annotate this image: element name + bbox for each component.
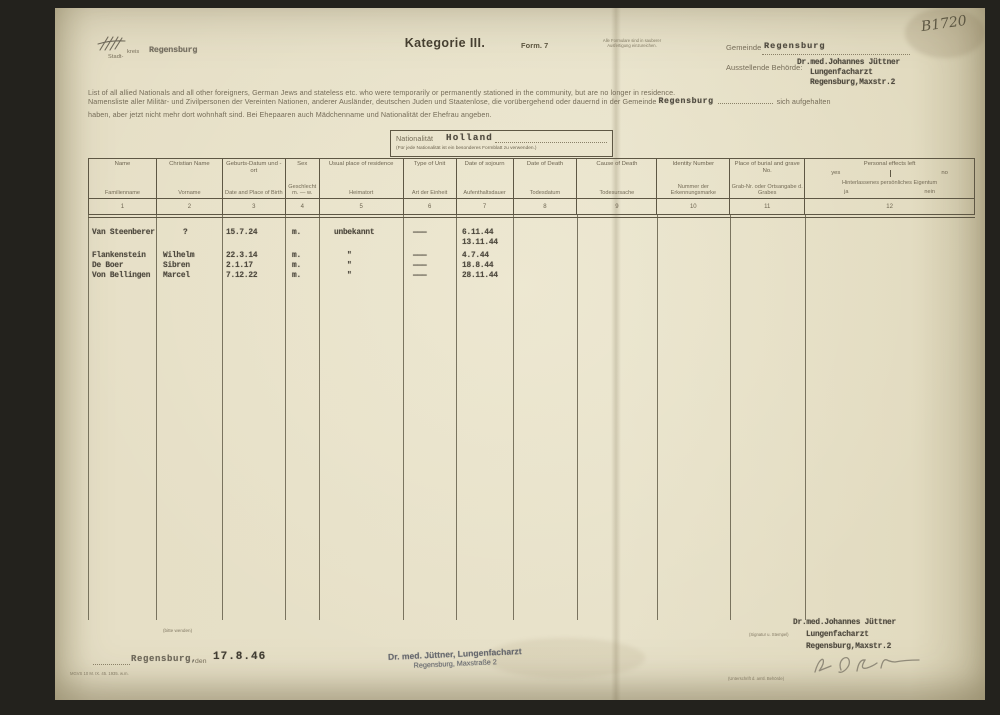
- col-header-residence: Usual place of residence Heimatort: [319, 159, 403, 198]
- col-number: 5: [319, 199, 403, 214]
- cell-residence: ": [347, 252, 351, 260]
- cell-birth: 2.1.17: [226, 262, 253, 270]
- col-number: 2: [156, 199, 222, 214]
- dotted-line: [762, 54, 910, 55]
- intro-line3-de: haben, aber jetzt nicht mehr dort wohnha…: [88, 110, 492, 119]
- turn-note: (bitte wenden): [163, 628, 192, 633]
- cell-name: De Boer: [92, 262, 123, 270]
- cell-first: ?: [183, 229, 187, 237]
- form-page: Stadt- kreis Regensburg Kategorie III. F…: [55, 8, 985, 700]
- cell-sex: m.: [292, 272, 301, 280]
- effects-yes-label: yes: [831, 170, 840, 177]
- cell-arrival2: 13.11.44: [462, 239, 498, 247]
- cell-unit: ———: [413, 272, 426, 280]
- page-title: Kategorie III.: [355, 36, 535, 50]
- effects-ja-label: ja: [844, 189, 848, 196]
- signature-caption: (Unterschrift d. amtl. Behörde): [728, 676, 784, 681]
- cell-unit: ———: [413, 262, 426, 270]
- footer-date: 17.8.46: [213, 651, 266, 663]
- cell-residence: ": [347, 272, 351, 280]
- print-code: MGVS 10 M. IX. 45. 1935. w.m.: [70, 671, 129, 676]
- cell-name: Flankenstein: [92, 252, 146, 260]
- table-row: Van Steenberer ? 15.7.24 m. unbekannt ——…: [88, 229, 975, 240]
- form-note-line2: Ausfertigung einzureichen.: [567, 43, 697, 48]
- col-number: 9: [576, 199, 656, 214]
- cell-first: Marcel: [163, 272, 190, 280]
- intro-gemeinde-value: Regensburg: [659, 97, 714, 106]
- cell-unit: ———: [413, 229, 426, 237]
- cell-arrival: 6.11.44: [462, 229, 493, 237]
- nationality-note: (Für jede Nationalität ist ein besondere…: [396, 146, 537, 151]
- signature-note-left: (Signatur u. Stempel): [749, 632, 789, 637]
- yes-no-divider: [890, 170, 891, 177]
- intro-line2-after: sich aufgehalten: [777, 97, 831, 106]
- effects-nein-label: nein: [924, 189, 935, 196]
- nationality-label: Nationalität: [396, 134, 433, 143]
- col-number: 4: [285, 199, 319, 214]
- intro-line2-before: Namensliste aller Militär- und Zivilpers…: [88, 97, 657, 106]
- stadt-label: Stadt-: [108, 54, 124, 60]
- col-header-death-cause: Cause of Death Todesursache: [576, 159, 656, 198]
- cell-sex: m.: [292, 229, 301, 237]
- table-row: Von Bellingen Marcel 7.12.22 m. " ——— 28…: [88, 272, 975, 283]
- behoerde-label: Ausstellende Behörde:: [726, 63, 802, 72]
- gemeinde-label: Gemeinde: [726, 43, 761, 52]
- footer-den-label: den: [195, 658, 207, 665]
- handwritten-signature: [807, 650, 922, 680]
- behoerde-line3: Regensburg,Maxstr.2: [810, 79, 895, 87]
- footer-place: Regensburg,: [131, 654, 197, 664]
- cell-unit: ———: [413, 252, 426, 260]
- nationality-value: Holland: [446, 132, 493, 143]
- col-header-effects: Personal effects left yes no Hinterlasse…: [804, 159, 974, 198]
- cell-first: Sibren: [163, 262, 190, 270]
- cell-arrival: 18.8.44: [462, 262, 493, 270]
- effects-no-label: no: [941, 170, 948, 177]
- signer-line1: Dr.med.Johannes Jüttner: [793, 619, 896, 627]
- cell-name: Van Steenberer: [92, 229, 155, 237]
- dotted-line: [93, 664, 130, 665]
- dotted-line: [718, 103, 773, 104]
- kreis-label: kreis: [127, 49, 139, 55]
- col-number: 11: [729, 199, 804, 214]
- form-number: Form. 7: [521, 41, 548, 50]
- col-number: 1: [88, 199, 156, 214]
- intro-line1-en: List of all allied Nationals and all oth…: [88, 88, 675, 97]
- col-header-burial: Place of burial and grave No. Grab-Nr. o…: [729, 159, 804, 198]
- cell-arrival: 4.7.44: [462, 252, 489, 260]
- col-header-unit: Type of Unit Art der Einheit: [403, 159, 456, 198]
- col-header-birth: Geburts-Datum und -ort Date and Place of…: [222, 159, 285, 198]
- col-number: 8: [513, 199, 577, 214]
- dotted-line: [495, 142, 607, 143]
- cell-arrival: 28.11.44: [462, 272, 498, 280]
- table-header-row: Name Familienname Christian Name Vorname…: [88, 158, 975, 198]
- col-number: 6: [403, 199, 456, 214]
- table-number-row: 1 2 3 4 5 6 7 8 9 10 11 12: [88, 198, 975, 215]
- gemeinde-value: Regensburg: [764, 41, 826, 51]
- stadtkreis-value: Regensburg: [149, 45, 197, 55]
- behoerde-line1: Dr.med.Johannes Jüttner: [797, 59, 900, 67]
- signer-line2: Lungenfacharzt: [806, 631, 869, 639]
- cell-name: Von Bellingen: [92, 272, 150, 280]
- col-header-christian-name: Christian Name Vorname: [156, 159, 222, 198]
- paper-crease: [611, 8, 621, 700]
- col-header-sojourn: Date of sojourn Aufenthaltsdauer: [456, 159, 513, 198]
- col-number: 10: [656, 199, 729, 214]
- pencil-scribble: [97, 34, 127, 54]
- document-scan: Stadt- kreis Regensburg Kategorie III. F…: [0, 0, 1000, 715]
- cell-sex: m.: [292, 252, 301, 260]
- col-number: 12: [804, 199, 974, 214]
- col-header-name: Name Familienname: [88, 159, 156, 198]
- cell-birth: 22.3.14: [226, 252, 257, 260]
- cell-sex: m.: [292, 262, 301, 270]
- cell-residence: unbekannt: [334, 229, 374, 237]
- col-header-death-date: Date of Death Todesdatum: [513, 159, 577, 198]
- cell-residence: ": [347, 262, 351, 270]
- cell-first: Wilhelm: [163, 252, 194, 260]
- col-number: 7: [456, 199, 513, 214]
- behoerde-line2: Lungenfacharzt: [810, 69, 873, 77]
- nationality-box: Nationalität Holland (Für jede Nationali…: [390, 130, 613, 157]
- col-number: 3: [222, 199, 285, 214]
- col-header-sex: Sex Geschlecht m. — w.: [285, 159, 319, 198]
- col-header-identity: Identity Number Nummer der Erkennungsmar…: [656, 159, 729, 198]
- cell-birth: 7.12.22: [226, 272, 257, 280]
- cell-birth: 15.7.24: [226, 229, 257, 237]
